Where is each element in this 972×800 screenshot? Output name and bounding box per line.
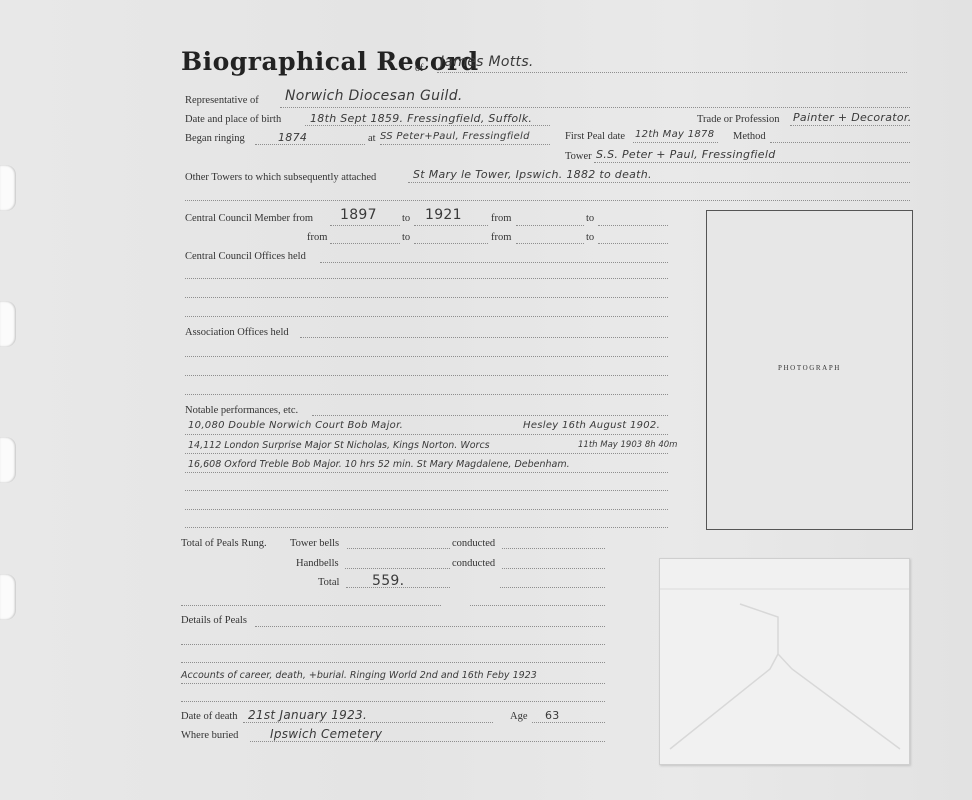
began-ringing-tower: SS Peter+Paul, Fressingfield: [380, 131, 530, 142]
cc-to-1: 1921: [425, 207, 462, 223]
cc-to-4-line: [598, 243, 668, 244]
first-peal-line: [633, 142, 718, 143]
notable-performance-2: 14,112 London Surprise Major St Nicholas…: [188, 440, 490, 451]
total-blank-line: [181, 605, 441, 606]
representative-label: Representative of: [185, 95, 259, 106]
cc-offices-line: [185, 278, 668, 279]
details-line: [181, 662, 605, 663]
binder-hole: [0, 165, 16, 211]
binder-hole: [0, 437, 16, 483]
representative-line: [280, 107, 910, 108]
cc-to-3-line: [414, 243, 488, 244]
cc-offices-line: [185, 297, 668, 298]
notable-performance-1-place-date: Hesley 16th August 1902.: [523, 420, 660, 431]
notable-performance-3: 16,608 Oxford Treble Bob Major. 10 hrs 5…: [188, 459, 570, 470]
notable-line: [185, 527, 668, 528]
assoc-offices-label: Association Offices held: [185, 327, 289, 338]
details-line: [181, 683, 605, 684]
cc-from-2-line: [516, 225, 584, 226]
total-line: [346, 587, 450, 588]
details-line: [181, 644, 605, 645]
where-buried-value: Ipswich Cemetery: [270, 727, 382, 741]
details-of-peals-label: Details of Peals: [181, 615, 247, 626]
tower-bells-conducted-label: conducted: [452, 538, 495, 549]
date-of-death-label: Date of death: [181, 711, 238, 722]
tower-label: Tower: [565, 151, 592, 162]
total-peals-label: Total of Peals Rung.: [181, 538, 267, 549]
began-ringing-year: 1874: [278, 131, 307, 144]
other-towers-value: St Mary le Tower, Ipswich. 1882 to death…: [413, 168, 652, 181]
began-at-label: at: [368, 133, 376, 144]
binder-hole: [0, 574, 16, 620]
method-label: Method: [733, 131, 766, 142]
began-at-line: [380, 144, 550, 145]
notable-line: [185, 453, 668, 454]
cc-offices-label: Central Council Offices held: [185, 251, 306, 262]
representative-value: Norwich Diocesan Guild.: [285, 88, 463, 104]
total-label: Total: [318, 577, 339, 588]
details-line: [181, 701, 605, 702]
assoc-offices-line: [300, 337, 668, 338]
method-line: [770, 142, 910, 143]
details-line: [255, 626, 605, 627]
trade-value: Painter + Decorator.: [793, 111, 912, 124]
notable-label: Notable performances, etc.: [185, 405, 298, 416]
age-line: [532, 722, 605, 723]
date-of-death-line: [243, 722, 493, 723]
other-towers-line-2: [185, 200, 910, 201]
name-line: [437, 72, 907, 73]
cc-from-1-line: [330, 225, 400, 226]
age-label: Age: [510, 711, 528, 722]
notable-line: [185, 490, 668, 491]
cc-from-label: from: [307, 232, 327, 243]
total-extra-line: [500, 587, 605, 588]
biographical-record-page: Biographical Record of James Motts. Repr…: [0, 0, 972, 800]
handbells-conducted-label: conducted: [452, 558, 495, 569]
notable-line: [185, 434, 668, 435]
began-ringing-line: [255, 144, 365, 145]
notable-line: [185, 472, 668, 473]
trade-label: Trade or Profession: [697, 114, 779, 125]
other-towers-line: [408, 182, 910, 183]
handbells-label: Handbells: [296, 558, 339, 569]
record-name: James Motts.: [440, 54, 534, 70]
handbells-line: [345, 568, 450, 569]
attached-envelope: [659, 558, 910, 765]
where-buried-line: [250, 741, 605, 742]
binder-hole: [0, 301, 16, 347]
cc-to-label: to: [586, 213, 594, 224]
cc-from-4-line: [516, 243, 584, 244]
notable-performance-1: 10,080 Double Norwich Court Bob Major.: [188, 420, 403, 431]
cc-to-label: to: [402, 213, 410, 224]
cc-to-1-line: [414, 225, 488, 226]
details-accounts: Accounts of career, death, +burial. Ring…: [181, 670, 537, 681]
assoc-offices-line: [185, 356, 668, 357]
assoc-offices-line: [185, 394, 668, 395]
first-peal-value: 12th May 1878: [635, 129, 714, 140]
notable-line: [185, 509, 668, 510]
cc-offices-line: [320, 262, 668, 263]
form-title: Biographical Record: [181, 47, 479, 76]
age-value: 63: [545, 709, 560, 722]
cc-offices-line: [185, 316, 668, 317]
photograph-frame: PHOTOGRAPH: [706, 210, 913, 530]
cc-to-2-line: [598, 225, 668, 226]
birth-value: 18th Sept 1859. Fressingfield, Suffolk.: [310, 112, 532, 125]
photograph-label: PHOTOGRAPH: [707, 364, 912, 372]
began-ringing-label: Began ringing: [185, 133, 245, 144]
notable-line: [312, 415, 668, 416]
cc-to-label: to: [402, 232, 410, 243]
total-blank-line: [470, 605, 605, 606]
title-of-label: of: [415, 63, 423, 74]
tower-bells-line: [347, 548, 450, 549]
cc-to-label: to: [586, 232, 594, 243]
assoc-offices-line: [185, 375, 668, 376]
where-buried-label: Where buried: [181, 730, 238, 741]
cc-from-label: from: [491, 213, 511, 224]
handbells-conducted-line: [502, 568, 605, 569]
notable-performance-2-date: 11th May 1903 8h 40m: [578, 440, 677, 450]
first-peal-label: First Peal date: [565, 131, 625, 142]
cc-member-label: Central Council Member from: [185, 213, 313, 224]
cc-from-3-line: [330, 243, 400, 244]
trade-line: [790, 125, 910, 126]
cc-from-label: from: [491, 232, 511, 243]
other-towers-label: Other Towers to which subsequently attac…: [185, 172, 376, 183]
tower-bells-label: Tower bells: [290, 538, 339, 549]
tower-value: S.S. Peter + Paul, Fressingfield: [596, 148, 776, 161]
tower-bells-conducted-line: [502, 548, 605, 549]
tower-line: [594, 162, 910, 163]
birth-line: [305, 125, 550, 126]
envelope-flap-icon: [660, 559, 909, 764]
date-of-death-value: 21st January 1923.: [248, 708, 367, 722]
cc-from-1: 1897: [340, 207, 377, 223]
birth-label: Date and place of birth: [185, 114, 281, 125]
